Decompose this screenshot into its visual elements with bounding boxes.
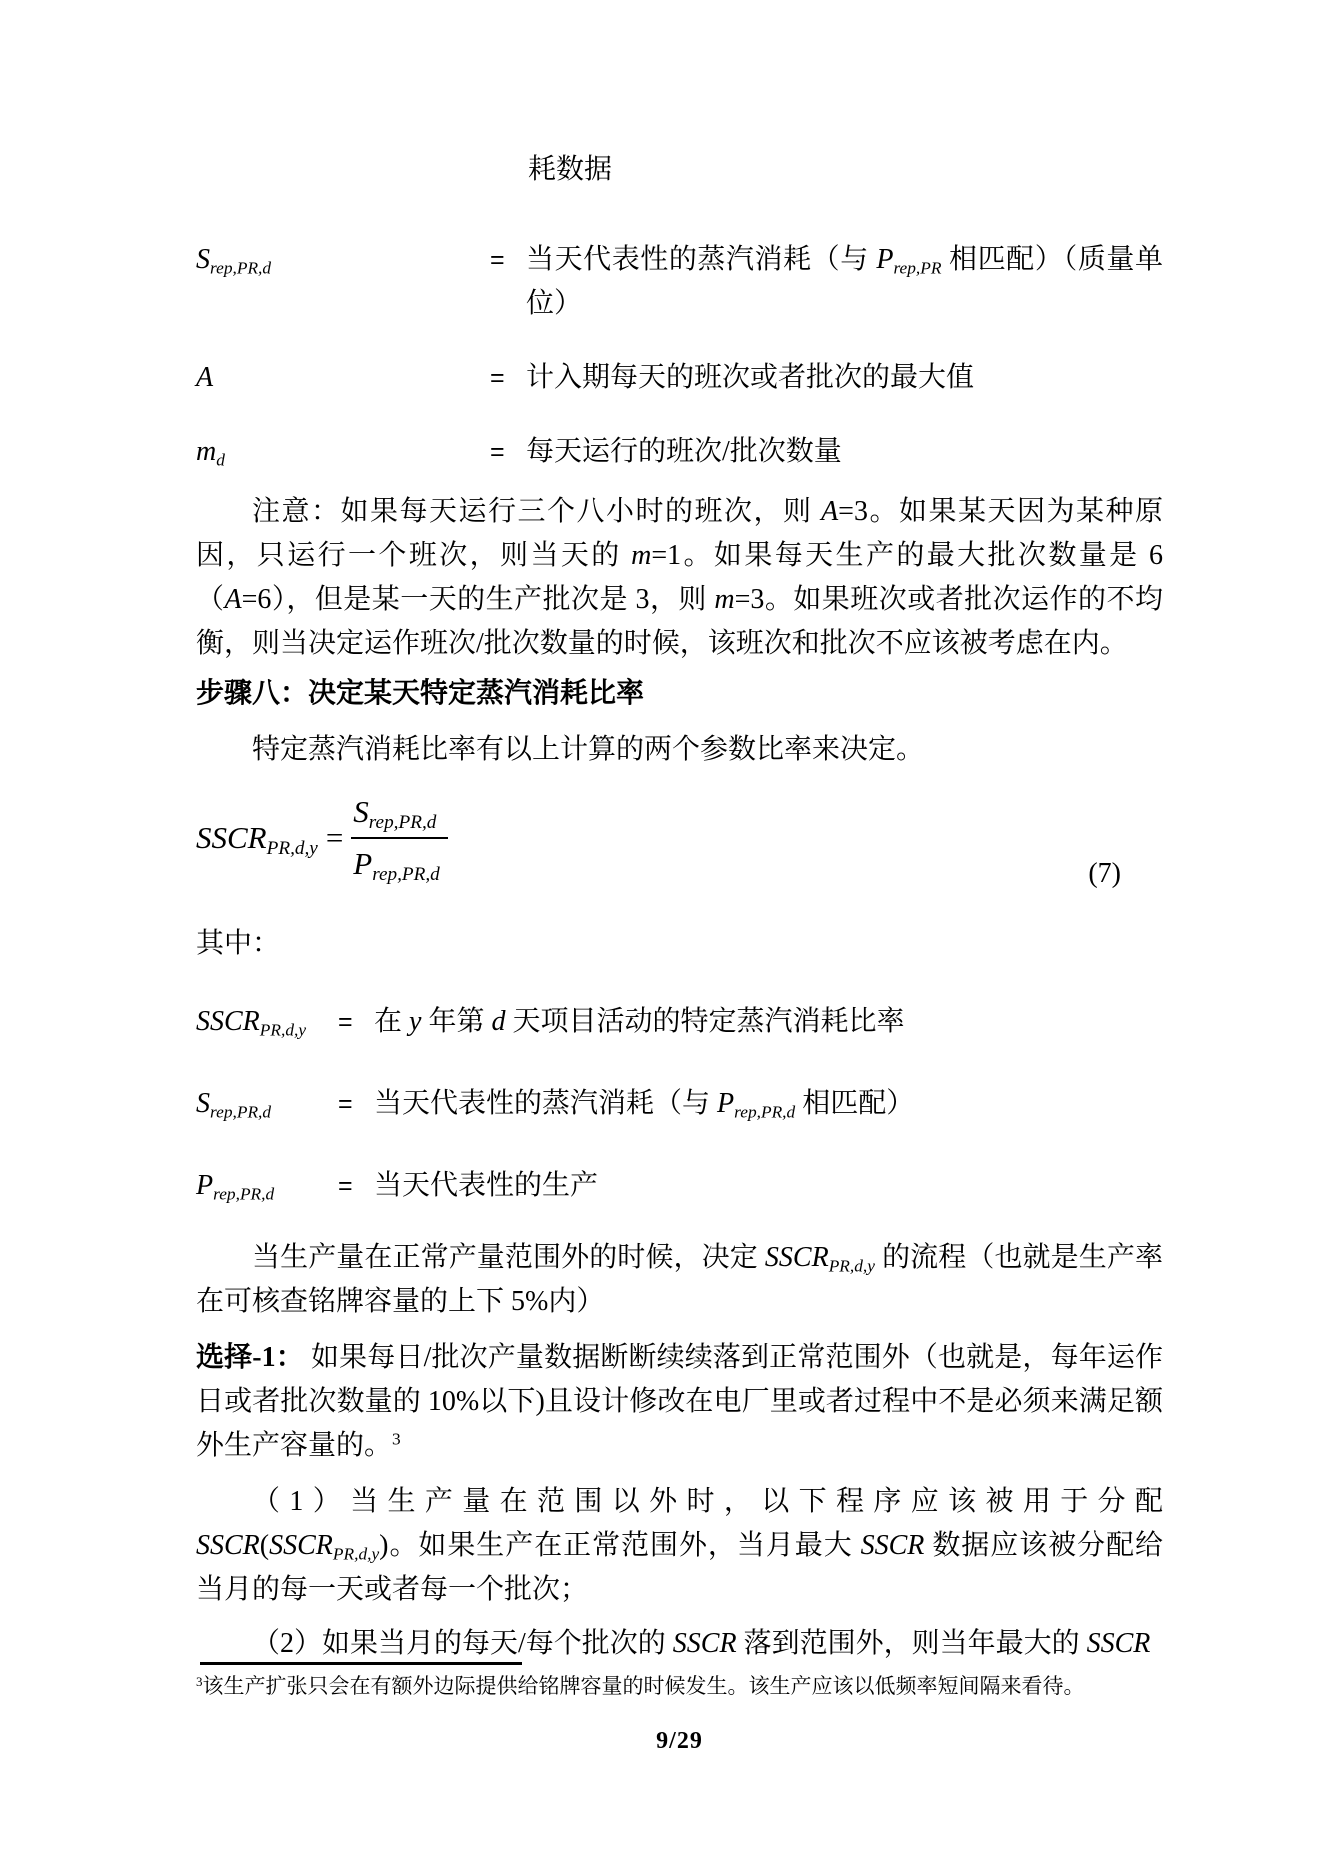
definition-row: Srep,PR,d = 当天代表性的蒸汽消耗（与 Prep,PR 相匹配）（质量… — [196, 238, 1163, 326]
equals-sign: = — [490, 430, 526, 474]
equation-7: SSCRPR,d,y = Srep,PR,d Prep,PR,d (7) — [196, 780, 1163, 896]
continuation-text: 耗数据 — [196, 148, 1163, 192]
note-paragraph: 注意：如果每天运行三个八小时的班次，则 A=3。如果某天因为某种原因，只运行一个… — [196, 490, 1163, 666]
equation-lhs: SSCRPR,d,y — [196, 816, 318, 860]
intro-paragraph: 特定蒸汽消耗比率有以上计算的两个参数比率来决定。 — [196, 728, 1163, 772]
where-label: 其中： — [196, 922, 1163, 966]
term-symbol: Srep,PR,d — [196, 1082, 338, 1126]
definition-text: 当天代表性的蒸汽消耗（与 Prep,PR 相匹配）（质量单位） — [526, 238, 1163, 326]
definition-row: Srep,PR,d = 当天代表性的蒸汽消耗（与 Prep,PR,d 相匹配） — [196, 1082, 1163, 1126]
step-heading: 步骤八：决定某天特定蒸汽消耗比率 — [196, 672, 1163, 716]
fraction-numerator: Srep,PR,d — [351, 790, 448, 837]
equals-sign: = — [338, 1082, 374, 1126]
definition-row: Prep,PR,d = 当天代表性的生产 — [196, 1164, 1163, 1208]
footnote-text: 3该生产扩张只会在有额外边际提供给铭牌容量的时候发生。该生产应该以低频率短间隔来… — [196, 1671, 1163, 1701]
fraction: Srep,PR,d Prep,PR,d — [351, 790, 448, 886]
equals-sign: = — [490, 238, 526, 326]
option1-paragraph: 选择-1： 如果每日/批次产量数据断断续续落到正常范围外（也就是，每年运作日或者… — [196, 1336, 1163, 1468]
term-symbol: Prep,PR,d — [196, 1164, 338, 1208]
equals-sign: = — [490, 356, 526, 400]
term-symbol: Srep,PR,d — [196, 238, 490, 326]
page-number: 9/29 — [196, 1719, 1163, 1763]
term-symbol: A — [196, 356, 490, 400]
document-page: 耗数据 Srep,PR,d = 当天代表性的蒸汽消耗（与 Prep,PR 相匹配… — [0, 0, 1323, 1871]
term-symbol: SSCRPR,d,y — [196, 1000, 338, 1044]
definition-text: 每天运行的班次/批次数量 — [526, 430, 1163, 474]
definition-row: A = 计入期每天的班次或者批次的最大值 — [196, 356, 1163, 400]
equals-sign: = — [338, 1000, 374, 1044]
page-footer: 3该生产扩张只会在有额外边际提供给铭牌容量的时候发生。该生产应该以低频率短间隔来… — [196, 1662, 1163, 1763]
footnote-divider — [200, 1662, 522, 1665]
definition-text: 当天代表性的生产 — [374, 1164, 1163, 1208]
range-paragraph: 当生产量在正常产量范围外的时候，决定 SSCRPR,d,y 的流程（也就是生产率… — [196, 1236, 1163, 1324]
fraction-denominator: Prep,PR,d — [351, 837, 448, 886]
equals-sign: = — [338, 1164, 374, 1208]
option1-text: 如果每日/批次产量数据断断续续落到正常范围外（也就是，每年运作日或者批次数量的 … — [196, 1342, 1163, 1461]
definition-text: 在 y 年第 d 天项目活动的特定蒸汽消耗比率 — [374, 1000, 1163, 1044]
definition-text: 计入期每天的班次或者批次的最大值 — [526, 356, 1163, 400]
equals-sign: = — [326, 816, 343, 860]
definition-text: 当天代表性的蒸汽消耗（与 Prep,PR,d 相匹配） — [374, 1082, 1163, 1126]
definition-row: md = 每天运行的班次/批次数量 — [196, 430, 1163, 474]
list-item-2: （2）如果当月的每天/每个批次的 SSCR 落到范围外，则当年最大的 SSCR — [196, 1622, 1163, 1666]
list-item-1: （1）当生产量在范围以外时，以下程序应该被用于分配 SSCR(SSCRPR,d,… — [196, 1480, 1163, 1612]
equation-number: (7) — [1088, 852, 1121, 896]
definition-row: SSCRPR,d,y = 在 y 年第 d 天项目活动的特定蒸汽消耗比率 — [196, 1000, 1163, 1044]
option1-label: 选择-1： — [196, 1342, 304, 1373]
term-symbol: md — [196, 430, 490, 474]
